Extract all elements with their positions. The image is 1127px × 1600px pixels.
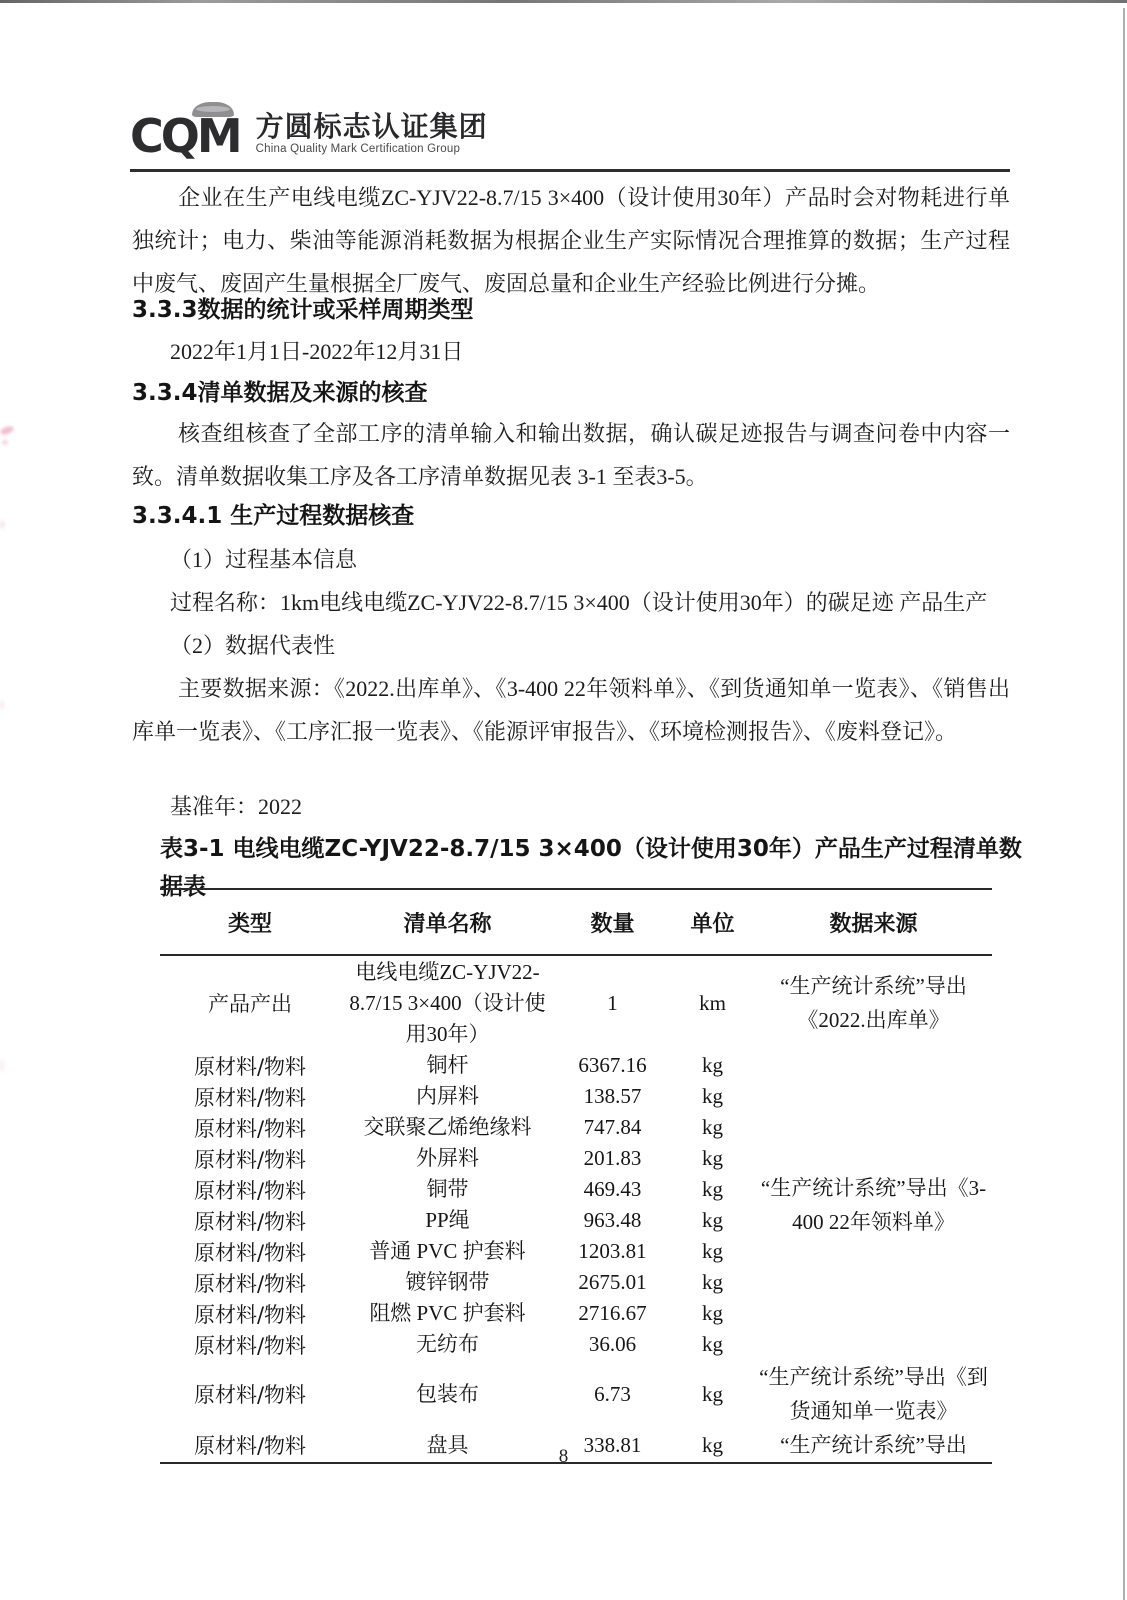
cell-type: 原材料/物料 <box>160 1205 340 1236</box>
cell-qty: 2716.67 <box>555 1298 670 1329</box>
cell-unit: km <box>670 955 755 1050</box>
cell-name: 交联聚乙烯绝缘料 <box>340 1112 555 1143</box>
cell-name: 外屏料 <box>340 1143 555 1174</box>
list-item-process-info: （1）过程基本信息 <box>132 538 1048 581</box>
cell-type: 原材料/物料 <box>160 1143 340 1174</box>
pink-scan-mark <box>0 520 5 529</box>
cell-name: 包装布 <box>340 1360 555 1428</box>
col-header-type: 类型 <box>160 889 340 955</box>
cell-unit: kg <box>670 1236 755 1267</box>
table-row: 原材料/物料 铜杆 6367.16 kg “生产统计系统”导出《3-400 22… <box>160 1050 992 1081</box>
cell-qty: 747.84 <box>555 1112 670 1143</box>
pink-scan-mark <box>0 700 4 710</box>
process-name: 过程名称：1km电线电缆ZC-YJV22-8.7/15 3×400（设计使用30… <box>132 581 1048 624</box>
cell-name: 铜杆 <box>340 1050 555 1081</box>
cell-name: 阻燃 PVC 护套料 <box>340 1298 555 1329</box>
sampling-period: 2022年1月1日-2022年12月31日 <box>132 330 1048 373</box>
scan-edge-artifact-right <box>1123 8 1125 1600</box>
paragraph-material-statistics: 企业在生产电线电缆ZC-YJV22-8.7/15 3×400（设计使用30年）产… <box>132 176 1010 305</box>
paragraph-verification: 核查组核查了全部工序的清单输入和输出数据，确认碳足迹报告与调查问卷中内容一致。清… <box>132 412 1010 498</box>
cell-unit: kg <box>670 1329 755 1360</box>
cell-qty: 1 <box>555 955 670 1050</box>
cell-name: 铜带 <box>340 1174 555 1205</box>
inventory-data-table: 类型 清单名称 数量 单位 数据来源 产品产出 电线电缆ZC-YJV22-8.7… <box>160 888 992 1464</box>
document-page: CQM 方圆标志认证集团 China Quality Mark Certific… <box>0 0 1127 1600</box>
heading-3-3-4: 3.3.4清单数据及来源的核查 <box>132 375 1010 411</box>
cqm-logo: CQM 方圆标志认证集团 China Quality Mark Certific… <box>130 100 488 162</box>
pink-scan-mark <box>0 425 15 436</box>
crown-icon <box>192 102 234 117</box>
cell-unit: kg <box>670 1267 755 1298</box>
cell-qty: 2675.01 <box>555 1267 670 1298</box>
cell-type: 原材料/物料 <box>160 1360 340 1428</box>
table-header-row: 类型 清单名称 数量 单位 数据来源 <box>160 889 992 955</box>
cell-type: 原材料/物料 <box>160 1298 340 1329</box>
cell-name: 内屏料 <box>340 1081 555 1112</box>
table-row: 产品产出 电线电缆ZC-YJV22-8.7/15 3×400（设计使用30年） … <box>160 955 992 1050</box>
cqm-logo-acronym: CQM <box>130 109 240 163</box>
cell-unit: kg <box>670 1112 755 1143</box>
cell-name: 镀锌钢带 <box>340 1267 555 1298</box>
cell-type: 原材料/物料 <box>160 1081 340 1112</box>
cell-unit: kg <box>670 1205 755 1236</box>
cell-name: PP绳 <box>340 1205 555 1236</box>
heading-3-3-4-1: 3.3.4.1 生产过程数据核查 <box>132 498 1010 534</box>
cell-type: 产品产出 <box>160 955 340 1050</box>
cqm-logo-mark: CQM <box>130 100 240 158</box>
cell-source: “生产统计系统”导出《到货通知单一览表》 <box>755 1360 992 1428</box>
cell-unit: kg <box>670 1174 755 1205</box>
pink-scan-mark <box>0 1060 4 1072</box>
col-header-qty: 数量 <box>555 889 670 955</box>
cell-unit: kg <box>670 1360 755 1428</box>
page-number: 8 <box>0 1446 1127 1468</box>
col-header-source: 数据来源 <box>755 889 992 955</box>
cell-type: 原材料/物料 <box>160 1112 340 1143</box>
cell-type: 原材料/物料 <box>160 1329 340 1360</box>
table-header: 类型 清单名称 数量 单位 数据来源 <box>160 889 992 955</box>
cell-type: 原材料/物料 <box>160 1050 340 1081</box>
cqm-logo-text: 方圆标志认证集团 China Quality Mark Certificatio… <box>256 100 488 155</box>
base-year: 基准年：2022 <box>132 785 1048 828</box>
cell-qty: 36.06 <box>555 1329 670 1360</box>
cell-unit: kg <box>670 1143 755 1174</box>
cqm-logo-en-name: China Quality Mark Certification Group <box>256 143 488 155</box>
cell-qty: 6.73 <box>555 1360 670 1428</box>
cell-type: 原材料/物料 <box>160 1174 340 1205</box>
cell-name: 无纺布 <box>340 1329 555 1360</box>
cell-type: 原材料/物料 <box>160 1267 340 1298</box>
cell-qty: 469.43 <box>555 1174 670 1205</box>
pink-scan-mark <box>2 440 8 445</box>
cell-qty: 963.48 <box>555 1205 670 1236</box>
cell-source-merged: “生产统计系统”导出《3-400 22年领料单》 <box>755 1050 992 1360</box>
cell-qty: 201.83 <box>555 1143 670 1174</box>
header-divider <box>130 169 1010 172</box>
scan-edge-artifact-top <box>0 0 1127 3</box>
cell-qty: 1203.81 <box>555 1236 670 1267</box>
cell-name: 电线电缆ZC-YJV22-8.7/15 3×400（设计使用30年） <box>340 955 555 1050</box>
list-item-data-representativeness: （2）数据代表性 <box>132 624 1048 667</box>
cell-qty: 138.57 <box>555 1081 670 1112</box>
cell-qty: 6367.16 <box>555 1050 670 1081</box>
table-row: 原材料/物料 包装布 6.73 kg “生产统计系统”导出《到货通知单一览表》 <box>160 1360 992 1428</box>
paragraph-data-sources: 主要数据来源：《2022.出库单》、《3-400 22年领料单》、《到货通知单一… <box>132 667 1010 753</box>
cqm-logo-cn-name: 方圆标志认证集团 <box>256 112 488 142</box>
cell-unit: kg <box>670 1050 755 1081</box>
cell-name: 普通 PVC 护套料 <box>340 1236 555 1267</box>
col-header-unit: 单位 <box>670 889 755 955</box>
col-header-name: 清单名称 <box>340 889 555 955</box>
cell-unit: kg <box>670 1081 755 1112</box>
cell-unit: kg <box>670 1298 755 1329</box>
heading-3-3-3: 3.3.3数据的统计或采样周期类型 <box>132 292 1010 328</box>
cell-source: “生产统计系统”导出《2022.出库单》 <box>755 955 992 1050</box>
cell-type: 原材料/物料 <box>160 1236 340 1267</box>
